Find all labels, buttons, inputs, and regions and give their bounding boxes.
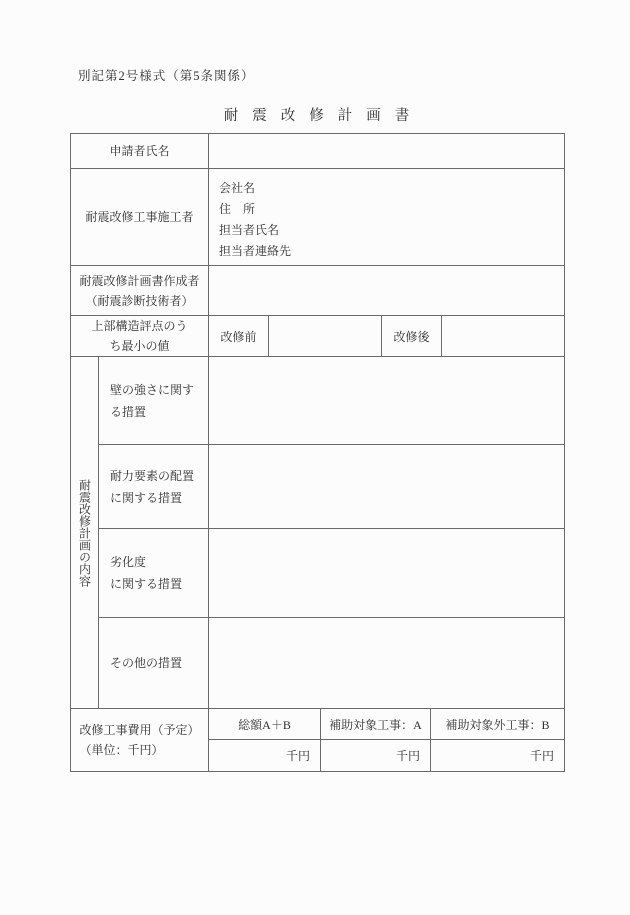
cost-nonsubsidized-unit-cell: 千円: [431, 740, 564, 771]
author-label-cell: 耐震改修計画書作成者 （耐震診断技術者）: [71, 266, 209, 316]
document-page: 別記第2号様式（第5条関係） 耐震改修計画書 申請者氏名 耐震改修工事施工者 会…: [0, 0, 630, 915]
cost-subsidized-unit-cell: 千円: [321, 740, 431, 771]
author-value-cell: [209, 266, 564, 316]
after-retrofit-label-cell: 改修後: [382, 316, 442, 357]
cost-label-text: 改修工事費用（予定） （単位：千円）: [79, 720, 199, 760]
cost-total-unit-cell: 千円: [209, 740, 321, 771]
before-retrofit-value-cell: [269, 316, 382, 357]
plan-content-vertical-label: 耐震改修計画の内容: [71, 357, 99, 709]
before-retrofit-label-cell: 改修前: [209, 316, 269, 357]
applicant-label-cell: 申請者氏名: [71, 134, 209, 169]
deterioration-value-cell: [209, 529, 564, 618]
form-number-label: 別記第2号様式（第5条関係）: [78, 66, 255, 84]
other-measures-value-cell: [209, 618, 564, 709]
plan-table: 申請者氏名 耐震改修工事施工者 会社名 住 所 担当者氏名 担当者連絡先 耐震改…: [70, 133, 565, 772]
document-title: 耐震改修計画書: [70, 104, 563, 125]
bearing-layout-label-cell: 耐力要素の配置 に関する措置: [99, 445, 209, 529]
cost-total-header-cell: 総額A＋B: [209, 709, 321, 740]
plan-content-vertical-label-text: 耐震改修計画の内容: [79, 479, 91, 587]
score-label-cell: 上部構造評点のう ち最小の値: [71, 316, 209, 357]
contractor-value-cell: 会社名 住 所 担当者氏名 担当者連絡先: [209, 169, 564, 266]
cost-nonsubsidized-header-cell: 補助対象外工事：B: [431, 709, 564, 740]
after-retrofit-value-cell: [442, 316, 564, 357]
other-measures-label-cell: その他の措置: [99, 618, 209, 709]
cost-subsidized-header-cell: 補助対象工事：A: [321, 709, 431, 740]
wall-strength-value-cell: [209, 357, 564, 445]
cost-label-cell: 改修工事費用（予定） （単位：千円）: [71, 709, 209, 771]
wall-strength-label-cell: 壁の強さに関す る措置: [99, 357, 209, 445]
deterioration-label-cell: 劣化度 に関する措置: [99, 529, 209, 618]
applicant-value-cell: [209, 134, 564, 169]
bearing-layout-value-cell: [209, 445, 564, 529]
contractor-label-cell: 耐震改修工事施工者: [71, 169, 209, 266]
